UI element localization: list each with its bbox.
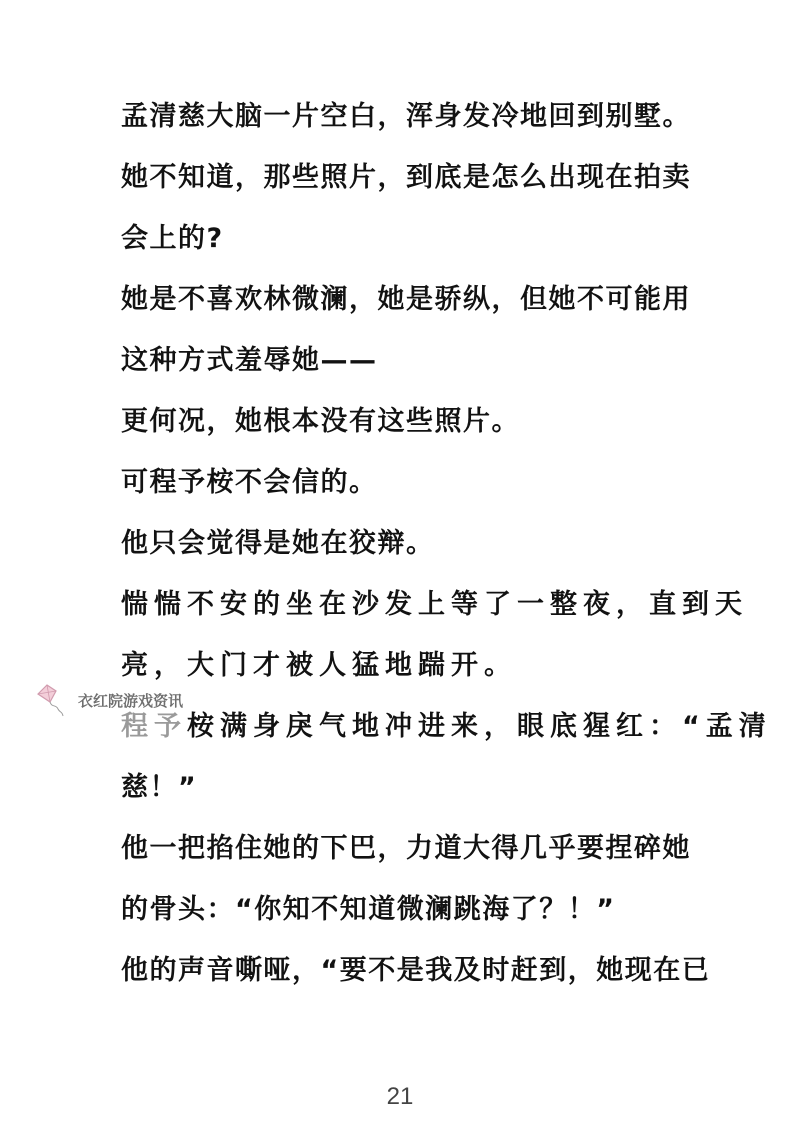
kite-icon [34, 682, 68, 718]
text-line: 他只会觉得是她在狡辩。 [121, 522, 691, 583]
text-line: 亮，大门才被人猛地踹开。 [121, 644, 691, 705]
document-page: 孟清慈大脑一片空白，浑身发冷地回到别墅。 她不知道，那些照片，到底是怎么出现在拍… [0, 0, 800, 1131]
watermark-text: 衣红院游戏资讯 [78, 690, 183, 711]
text-line: 更何况，她根本没有这些照片。 [121, 400, 691, 461]
text-line: 惴惴不安的坐在沙发上等了一整夜，直到天 [121, 583, 691, 644]
text-line: 会上的? [121, 217, 691, 278]
text-line: 的骨头：“你知不知道微澜跳海了？！” [121, 888, 691, 949]
text-line: 她是不喜欢林微澜，她是骄纵，但她不可能用 [121, 278, 691, 339]
text-line: 他的声音嘶哑，“要不是我及时赶到，她现在已 [121, 949, 691, 1010]
text-line: 他一把掐住她的下巴，力道大得几乎要捏碎她 [121, 827, 691, 888]
text-line: 孟清慈大脑一片空白，浑身发冷地回到别墅。 [121, 95, 691, 156]
page-number: 21 [0, 1083, 800, 1111]
text-line: 慈！” [121, 766, 691, 827]
text-line: 她不知道，那些照片，到底是怎么出现在拍卖 [121, 156, 691, 217]
novel-text-body: 孟清慈大脑一片空白，浑身发冷地回到别墅。 她不知道，那些照片，到底是怎么出现在拍… [121, 95, 691, 1010]
text-line: 这种方式羞辱她—— [121, 339, 691, 400]
text-line: 可程予桉不会信的。 [121, 461, 691, 522]
text-line-rest: 桉满身戾气地冲进来，眼底猩红：“孟清 [187, 711, 772, 742]
watermark: 衣红院游戏资讯 [34, 682, 183, 718]
text-line: 程予桉满身戾气地冲进来，眼底猩红：“孟清 [121, 705, 691, 766]
